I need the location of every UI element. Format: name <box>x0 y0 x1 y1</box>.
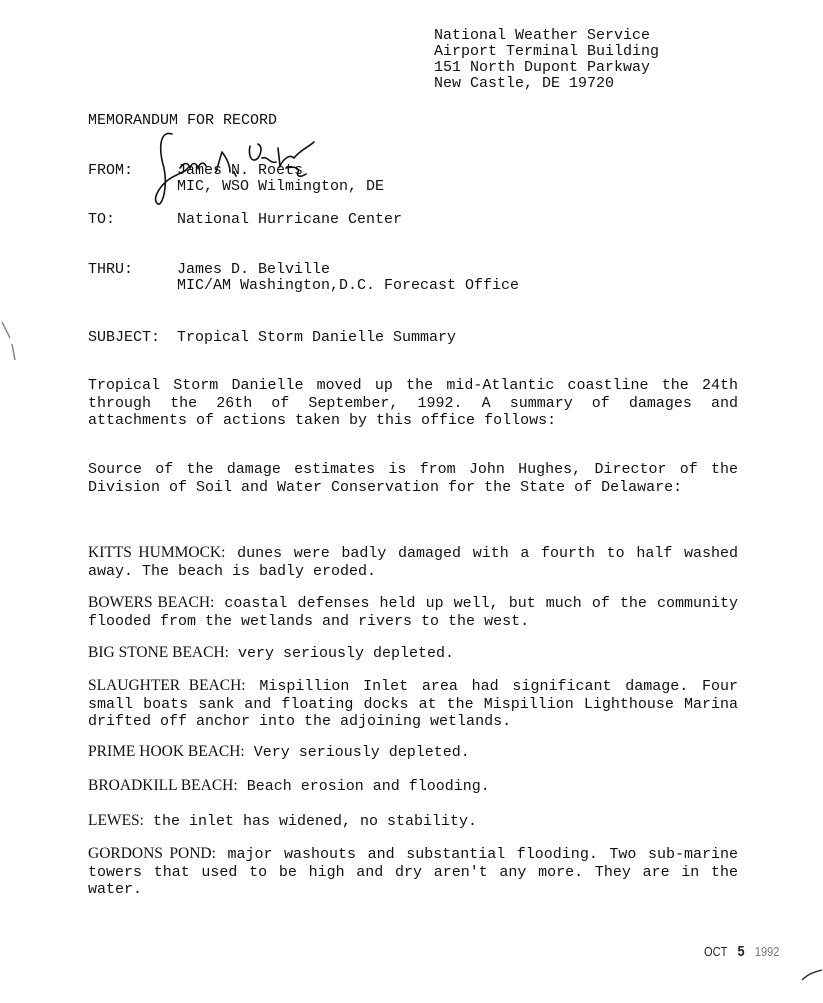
entry-location: BROADKILL BEACH: <box>88 777 238 794</box>
from-name: James N. Roets <box>177 162 303 179</box>
entry-location: BOWERS BEACH: <box>88 594 214 611</box>
letterhead-line: New Castle, DE 19720 <box>434 75 614 92</box>
to-label: TO: <box>88 211 115 228</box>
stamp-month: OCT <box>704 944 727 959</box>
from-label: FROM: <box>88 162 133 179</box>
entry-text: very seriously depleted. <box>238 645 454 662</box>
entry-location: LEWES: <box>88 812 144 829</box>
memo-heading: MEMORANDUM FOR RECORD <box>88 112 277 129</box>
damage-entry: GORDONS POND: major washouts and substan… <box>88 845 738 899</box>
letterhead-line: National Weather Service <box>434 27 650 44</box>
entry-text: Beach erosion and flooding. <box>247 778 490 795</box>
damage-entry: BROADKILL BEACH: Beach erosion and flood… <box>88 777 738 796</box>
damage-entry: SLAUGHTER BEACH: Mispillion Inlet area h… <box>88 677 738 731</box>
to-value: National Hurricane Center <box>177 211 402 228</box>
damage-entry: PRIME HOOK BEACH: Very seriously deplete… <box>88 743 738 762</box>
letterhead-line: Airport Terminal Building <box>434 43 659 60</box>
thru-label: THRU: <box>88 261 133 278</box>
received-date-stamp: OCT51992 <box>704 943 779 960</box>
entry-location: KITTS HUMMOCK: <box>88 544 225 561</box>
scan-mark-icon <box>0 318 20 368</box>
entry-location: BIG STONE BEACH: <box>88 644 229 661</box>
entry-text: Very seriously depleted. <box>254 744 470 761</box>
pen-stroke-icon <box>800 968 823 982</box>
intro-paragraph: Tropical Storm Danielle moved up the mid… <box>88 377 738 430</box>
source-paragraph: Source of the damage estimates is from J… <box>88 461 738 496</box>
entry-location: PRIME HOOK BEACH: <box>88 743 245 760</box>
from-title: MIC, WSO Wilmington, DE <box>177 178 384 195</box>
thru-name: James D. Belville <box>177 261 330 278</box>
damage-entry: KITTS HUMMOCK: dunes were badly damaged … <box>88 544 738 580</box>
damage-entry: BIG STONE BEACH: very seriously depleted… <box>88 644 738 663</box>
entry-text: the inlet has widened, no stability. <box>153 813 477 830</box>
thru-title: MIC/AM Washington,D.C. Forecast Office <box>177 277 519 294</box>
damage-entry: LEWES: the inlet has widened, no stabili… <box>88 812 738 831</box>
stamp-day: 5 <box>738 943 745 960</box>
letterhead-line: 151 North Dupont Parkway <box>434 59 650 76</box>
damage-entry: BOWERS BEACH: coastal defenses held up w… <box>88 594 738 630</box>
entry-location: SLAUGHTER BEACH: <box>88 677 246 694</box>
entry-location: GORDONS POND: <box>88 845 216 862</box>
subject-label: SUBJECT: <box>88 329 160 346</box>
stamp-year: 1992 <box>755 944 780 959</box>
subject-value: Tropical Storm Danielle Summary <box>177 329 456 346</box>
